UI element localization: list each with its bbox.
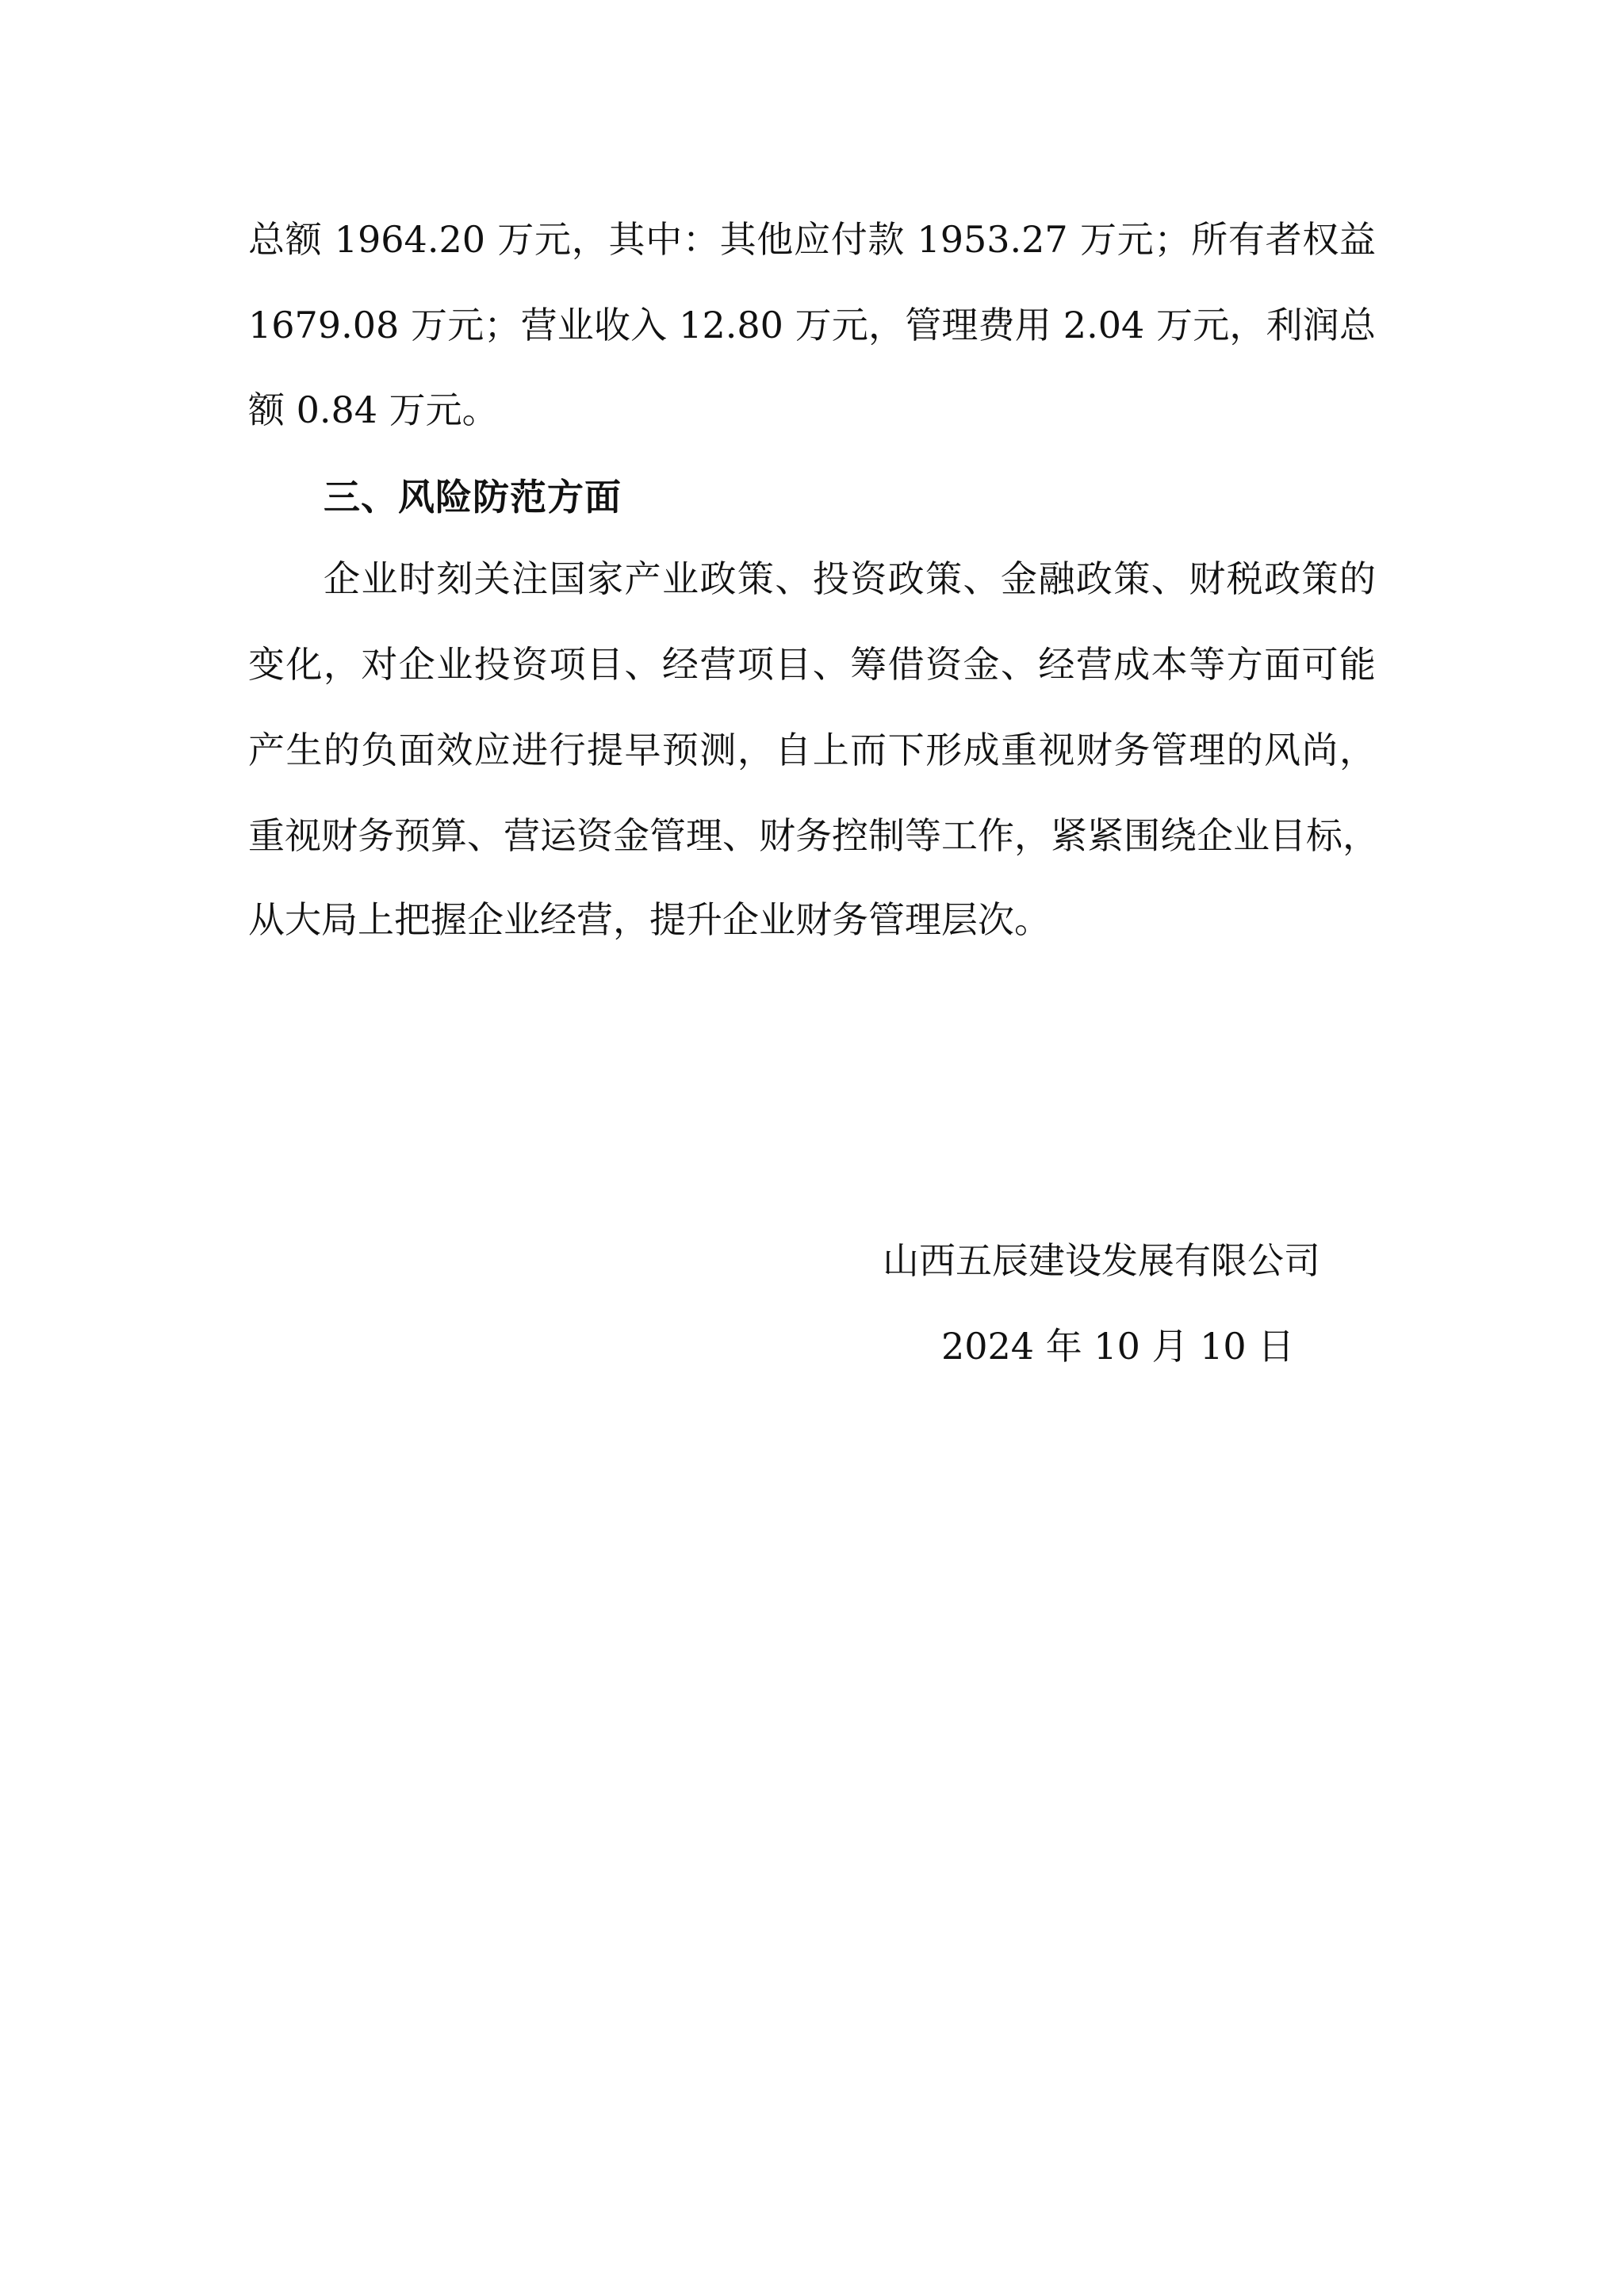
finance-paragraph-line-3: 额 0.84 万元。 [248, 386, 1376, 434]
signature-company: 山西五辰建设发展有限公司 [883, 1237, 1217, 1284]
risk-paragraph-line-3: 产生的负面效应进行提早预测，自上而下形成重视财务管理的风尚， [248, 726, 1376, 774]
risk-paragraph-line-1: 企业时刻关注国家产业政策、投资政策、金融政策、财税政策的 [324, 555, 1376, 603]
risk-paragraph-line-4: 重视财务预算、营运资金管理、财务控制等工作，紧紧围绕企业目标， [248, 812, 1376, 859]
finance-paragraph-line-2: 1679.08 万元；营业收入 12.80 万元，管理费用 2.04 万元，利润… [248, 301, 1376, 349]
finance-paragraph-line-1: 总额 1964.20 万元，其中：其他应付款 1953.27 万元；所有者权益 [248, 216, 1376, 263]
signature-date: 2024 年 10 月 10 日 [941, 1322, 1171, 1370]
section-heading-risk-prevention: 三、风险防范方面 [324, 473, 622, 521]
risk-paragraph-line-2: 变化，对企业投资项目、经营项目、筹借资金、经营成本等方面可能 [248, 641, 1376, 688]
risk-paragraph-line-5: 从大局上把握企业经营，提升企业财务管理层次。 [248, 896, 1376, 943]
